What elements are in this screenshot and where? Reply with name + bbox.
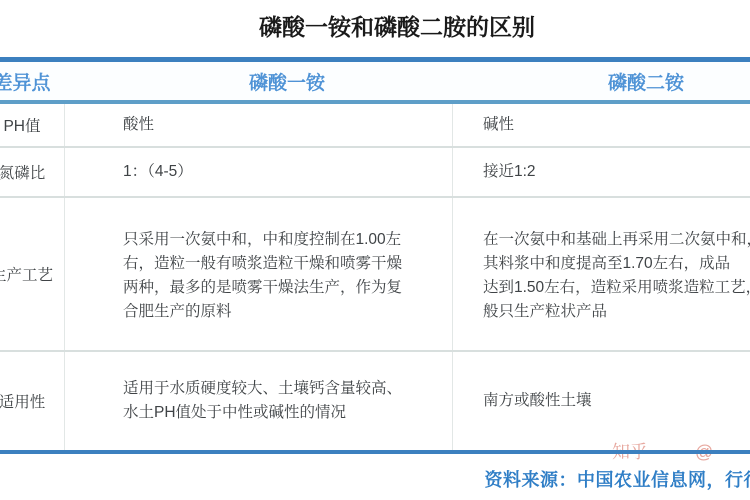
- cell-dap-np-ratio: 接近1:2: [452, 148, 750, 196]
- cell-map-process: 只采用一次氨中和，中和度控制在1.00左 右，造粒一般有喷浆造粒干燥和喷雾干燥 …: [64, 198, 452, 350]
- cell-map-ph: 酸性: [64, 104, 452, 146]
- header-col-difference: 差异点: [0, 68, 64, 95]
- row-label-np-ratio: 氮磷比: [0, 148, 64, 196]
- bottom-accent-rule: [0, 450, 750, 454]
- table-row-ph: PH值 酸性 碱性: [0, 104, 750, 148]
- header-col-map: 磷酸一铵: [64, 68, 452, 95]
- table-header-row: 差异点 磷酸一铵 磷酸二铵: [0, 57, 750, 104]
- table-row-process: 生产工艺 只采用一次氨中和，中和度控制在1.00左 右，造粒一般有喷浆造粒干燥和…: [0, 198, 750, 352]
- cell-map-applicability: 适用于水质硬度较大、土壤钙含量较高、 水土PH值处于中性或碱性的情况: [64, 352, 452, 450]
- table-row-np-ratio: 氮磷比 1：（4-5） 接近1:2: [0, 148, 750, 198]
- cell-map-np-ratio: 1：（4-5）: [64, 148, 452, 196]
- row-label-applicability: 适用性: [0, 352, 64, 450]
- table-row-applicability: 适用性 适用于水质硬度较大、土壤钙含量较高、 水土PH值处于中性或碱性的情况 南…: [0, 352, 750, 450]
- cell-dap-process: 在一次氨中和基础上再采用二次氨中和， 其料浆中和度提高至1.70左右，成品 达到…: [452, 198, 750, 350]
- source-attribution: 资料来源：中国农业信息网，行行: [0, 466, 750, 492]
- row-label-ph: PH值: [0, 104, 64, 146]
- cell-dap-applicability: 南方或酸性土壤: [452, 352, 750, 450]
- row-label-process: 生产工艺: [0, 198, 64, 350]
- cell-dap-ph: 碱性: [452, 104, 750, 146]
- comparison-table: 差异点 磷酸一铵 磷酸二铵 PH值 酸性 碱性 氮磷比 1：（4-5） 接近1:…: [0, 57, 750, 492]
- page-title: 磷酸一铵和磷酸二胺的区别: [0, 12, 750, 42]
- page-canvas: 磷酸一铵和磷酸二胺的区别 差异点 磷酸一铵 磷酸二铵 PH值 酸性 碱性 氮磷比…: [0, 0, 750, 492]
- header-col-dap: 磷酸二铵: [452, 68, 750, 95]
